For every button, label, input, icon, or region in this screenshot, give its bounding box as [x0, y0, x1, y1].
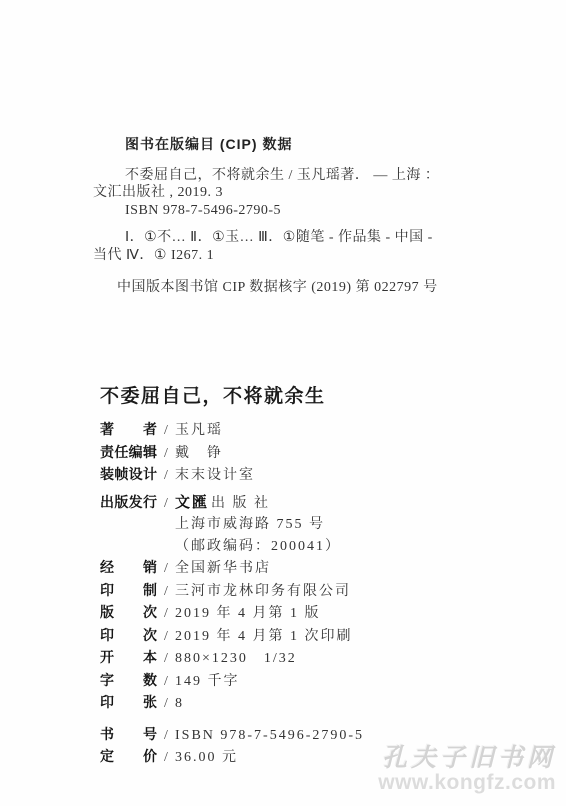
colophon-value: ISBN 978-7-5496-2790-5 — [175, 725, 364, 747]
colophon-label: 经销 — [100, 557, 157, 579]
publisher-name-rest: 出 版 社 — [211, 496, 270, 511]
cip-record-note: 中国版本图书馆 CIP 数据核字 (2019) 第 022797 号 — [93, 279, 493, 297]
colophon-value: 戴 铮 — [175, 443, 223, 465]
colophon-row-sheets: 印张 / 8 — [100, 692, 530, 715]
colophon-row-impression: 印次 / 2019 年 4 月第 1 次印刷 — [100, 625, 530, 648]
cip-classification-line-1: Ⅰ．①不… Ⅱ．①玉… Ⅲ．①随笔 - 作品集 - 中国 - — [93, 229, 493, 247]
book-title: 不委屈自己，不将就余生 — [100, 381, 530, 408]
cip-bib-line-1: 不委屈自己，不将就余生 / 玉凡瑶著． — 上海 ： — [93, 167, 493, 185]
colophon-value: 末末设计室 — [175, 465, 255, 487]
colophon-value: 文匯出 版 社 — [175, 492, 270, 515]
slash-separator: / — [157, 747, 175, 769]
colophon-value: 8 — [175, 693, 184, 715]
slash-separator: / — [157, 693, 175, 715]
colophon-value: 2019 年 4 月第 1 版 — [175, 603, 321, 625]
colophon-label: 版次 — [100, 602, 157, 624]
colophon-row-edition: 版次 / 2019 年 4 月第 1 版 — [100, 602, 530, 625]
colophon-label: 出版发行 — [100, 492, 157, 514]
colophon-row-wordcount: 字数 / 149 千字 — [100, 670, 530, 693]
kongfz-watermark: 孔夫子旧书网 www.kongfz.com — [378, 746, 556, 794]
colophon-value: 880×1230 1/32 — [175, 648, 297, 670]
colophon-value: 149 千字 — [175, 671, 240, 693]
publisher-postcode: （邮政编码：200041） — [175, 536, 530, 558]
colophon-row-printer: 印制 / 三河市龙林印务有限公司 — [100, 580, 530, 603]
watermark-site-url: www.kongfz.com — [378, 772, 556, 794]
watermark-site-name: 孔夫子旧书网 — [378, 746, 556, 772]
slash-separator: / — [157, 648, 175, 670]
slash-separator: / — [157, 581, 175, 603]
slash-separator: / — [157, 671, 175, 693]
slash-separator: / — [157, 420, 175, 442]
colophon-block: 不委屈自己，不将就余生 著者 / 玉凡瑶 责任编辑 / 戴 铮 装帧设计 / 末… — [100, 381, 530, 769]
slash-separator: / — [157, 558, 175, 580]
publisher-logo: 文匯 — [175, 494, 209, 511]
colophon-row-author: 著者 / 玉凡瑶 — [100, 419, 530, 442]
colophon-label: 开本 — [100, 647, 157, 669]
slash-separator: / — [157, 493, 175, 515]
colophon-row-format: 开本 / 880×1230 1/32 — [100, 647, 530, 670]
colophon-value: 三河市龙林印务有限公司 — [175, 581, 351, 603]
cip-header: 图书在版编目 (CIP) 数据 — [93, 136, 493, 154]
colophon-value: 全国新华书店 — [175, 558, 271, 580]
copyright-page: 图书在版编目 (CIP) 数据 不委屈自己，不将就余生 / 玉凡瑶著． — 上海… — [0, 0, 566, 806]
colophon-label: 字数 — [100, 670, 157, 692]
colophon-row-editor: 责任编辑 / 戴 铮 — [100, 442, 530, 465]
colophon-label: 定价 — [100, 746, 157, 768]
cip-classification-line-2: 当代 Ⅳ．① I267. 1 — [93, 247, 493, 265]
cip-block: 图书在版编目 (CIP) 数据 不委屈自己，不将就余生 / 玉凡瑶著． — 上海… — [93, 136, 493, 297]
publisher-address: 上海市威海路 755 号 — [175, 514, 530, 536]
colophon-label: 印次 — [100, 625, 157, 647]
slash-separator: / — [157, 443, 175, 465]
cip-isbn-line: ISBN 978-7-5496-2790-5 — [93, 202, 493, 220]
colophon-row-publisher: 出版发行 / 文匯出 版 社 — [100, 492, 530, 515]
colophon-row-isbn: 书号 / ISBN 978-7-5496-2790-5 — [100, 724, 530, 747]
colophon-label: 印张 — [100, 692, 157, 714]
slash-separator: / — [157, 465, 175, 487]
colophon-row-distributor: 经销 / 全国新华书店 — [100, 557, 530, 580]
slash-separator: / — [157, 626, 175, 648]
colophon-value: 玉凡瑶 — [175, 420, 223, 442]
slash-separator: / — [157, 725, 175, 747]
cip-bib-line-2: 文汇出版社 , 2019. 3 — [93, 184, 493, 202]
colophon-value: 2019 年 4 月第 1 次印刷 — [175, 626, 353, 648]
colophon-label: 书号 — [100, 724, 157, 746]
colophon-row-designer: 装帧设计 / 末末设计室 — [100, 464, 530, 487]
colophon-label: 著者 — [100, 419, 157, 441]
colophon-label: 装帧设计 — [100, 464, 157, 486]
colophon-value: 36.00 元 — [175, 747, 238, 769]
colophon-label: 责任编辑 — [100, 442, 157, 464]
slash-separator: / — [157, 603, 175, 625]
colophon-label: 印制 — [100, 580, 157, 602]
